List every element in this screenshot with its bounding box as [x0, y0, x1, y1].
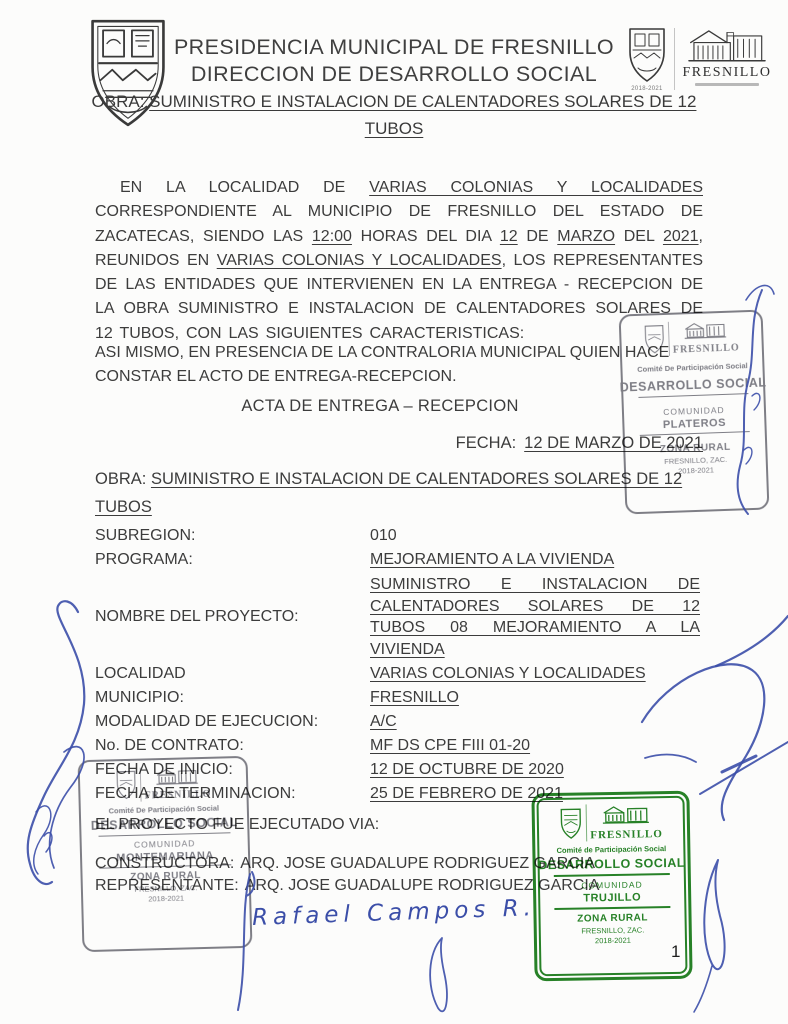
stamp-years: 2018-2021	[595, 936, 631, 946]
stamp-building-icon	[154, 766, 200, 785]
stamp-brand-name: FRESNILLO	[673, 342, 740, 355]
stamp-logos: FRESNILLO	[543, 803, 680, 842]
field-row-nombre-proyecto: NOMBRE DEL PROYECTO: SUMINISTRO E INSTAL…	[95, 574, 707, 660]
field-value-multiline: SUMINISTRO E INSTALACION DE CALENTADORES…	[370, 574, 700, 660]
fresnillo-brand-logo: FRESNILLO	[679, 26, 775, 86]
stamp-years: 2018-2021	[148, 894, 184, 904]
stamp-logos: FRESNILLO	[86, 765, 241, 803]
field-value: 12 DE OCTUBRE DE 2020	[370, 758, 707, 782]
acta-title: ACTA DE ENTREGA – RECEPCION	[95, 397, 665, 416]
stamp-logos: FRESNILLO	[627, 319, 756, 357]
stamp-comunidad-name: TRUJILLO	[583, 891, 641, 904]
stamp-committee: Comité de Participación Social	[556, 844, 666, 855]
stamp-desarrollo-social-montemariana: FRESNILLO Comité De Participación Social…	[78, 756, 253, 952]
stamp-comunidad-name: MONTEMARIANA	[116, 850, 214, 865]
stamp-shield-icon	[559, 807, 584, 839]
logo-divider	[674, 28, 675, 90]
field-label: LOCALIDAD	[95, 662, 370, 686]
stamp-city: FRESNILLO, ZAC.	[134, 883, 197, 894]
field-value: VARIAS COLONIAS Y LOCALIDADES	[370, 662, 707, 686]
page-number: 1	[671, 942, 680, 962]
stamp-zona: ZONA RURAL	[577, 912, 648, 924]
ayuntamiento-shield: 2018-2021	[624, 26, 670, 92]
field-label: MODALIDAD DE EJECUCION:	[95, 710, 370, 734]
project-name-line: SUMINISTRO E INSTALACION DE	[370, 574, 700, 596]
project-name-line: VIVIENDA	[370, 639, 700, 661]
project-name-line: CALENTADORES SOLARES DE 12	[370, 596, 700, 618]
stamp-brand-name: FRESNILLO	[144, 789, 211, 802]
field-label: PROGRAMA:	[95, 548, 370, 572]
stamp-department: DESARROLLO SOCIAL	[91, 815, 238, 833]
field-row-localidad: LOCALIDAD VARIAS COLONIAS Y LOCALIDADES	[95, 662, 707, 686]
stamp-desarrollo-social-trujillo: FRESNILLO Comité de Participación Social…	[531, 791, 692, 982]
field-label: NOMBRE DEL PROYECTO:	[95, 605, 370, 629]
field-value: 010	[370, 524, 707, 548]
fresnillo-building-icon	[684, 26, 770, 64]
stamp-building-icon	[682, 320, 729, 340]
stamp-comunidad-label: COMUNIDAD	[134, 838, 196, 850]
obra-body-label: OBRA:	[95, 470, 146, 488]
stamp-comunidad-name: PLATEROS	[663, 417, 726, 431]
stamp-comunidad-label: COMUNIDAD	[581, 879, 643, 890]
field-row-programa: PROGRAMA: MEJORAMIENTO A LA VIVIENDA	[95, 548, 707, 572]
field-row-contrato: No. DE CONTRATO: MF DS CPE FIII 01-20	[95, 734, 707, 758]
stamp-years: 2018-2021	[678, 465, 714, 475]
field-label: MUNICIPIO:	[95, 686, 370, 710]
scanned-document-page: PRESIDENCIA MUNICIPAL DE FRESNILLO DIREC…	[0, 0, 788, 1024]
stamp-city: FRESNILLO, ZAC.	[664, 455, 727, 466]
field-value: FRESNILLO	[370, 686, 707, 710]
stamp-department: DESARROLLO SOCIAL	[538, 856, 685, 873]
stamp-shield-icon	[115, 770, 138, 801]
stamp-desarrollo-social-plateros: FRESNILLO Comité De Participación Social…	[619, 310, 770, 515]
fecha-line: FECHA:12 DE MARZO DE 2021	[95, 434, 703, 453]
field-value: MEJORAMIENTO A LA VIVIENDA	[370, 548, 707, 572]
fecha-label: FECHA:	[456, 434, 517, 452]
obra-body-value-line1: SUMINISTRO E INSTALACION DE CALENTADORES…	[151, 470, 682, 488]
obra-header-value-line2: TUBOS	[365, 119, 424, 138]
stamp-zona: ZONA RURAL	[130, 870, 201, 883]
project-name-line: TUBOS 08 MEJORAMIENTO A LA	[370, 617, 700, 639]
stamp-department: DESARROLLO SOCIAL	[620, 375, 767, 394]
signature-left-vertical	[28, 601, 85, 884]
stamp-comunidad-label: COMUNIDAD	[663, 405, 725, 417]
stamp-zona: ZONA RURAL	[660, 442, 731, 455]
field-value: A/C	[370, 710, 707, 734]
stamp-city: FRESNILLO, ZAC.	[581, 925, 644, 935]
obra-header-value-line1: SUMINISTRO E INSTALACION DE CALENTADORES…	[149, 92, 696, 111]
field-row-modalidad: MODALIDAD DE EJECUCION: A/C	[95, 710, 707, 734]
field-value: MF DS CPE FIII 01-20	[370, 734, 707, 758]
paragraph-localidad: EN LA LOCALIDAD DE VARIAS COLONIAS Y LOC…	[95, 176, 703, 346]
field-label: No. DE CONTRATO:	[95, 734, 370, 758]
stamp-committee: Comité De Participación Social	[109, 804, 220, 816]
paragraph-contraloria: ASI MISMO, EN PRESENCIA DE LA CONTRALORI…	[95, 341, 703, 389]
stamp-building-icon	[601, 803, 651, 824]
fresnillo-brand-name: FRESNILLO	[679, 65, 775, 81]
stamp-brand-name: FRESNILLO	[590, 828, 663, 841]
stamp-shield-icon	[643, 324, 666, 355]
field-label: SUBREGION:	[95, 524, 370, 548]
ayuntamiento-shield-icon	[627, 26, 667, 84]
field-row-subregion: SUBREGION: 010	[95, 524, 707, 548]
field-row-municipio: MUNICIPIO: FRESNILLO	[95, 686, 707, 710]
brand-tagline-bar	[695, 83, 759, 86]
stamp-committee: Comité De Participación Social	[637, 361, 748, 374]
obra-header: OBRA: SUMINISTRO E INSTALACION DE CALENT…	[60, 88, 728, 142]
obra-body-value-line2: TUBOS	[95, 498, 152, 516]
obra-body-line: OBRA: SUMINISTRO E INSTALACION DE CALENT…	[95, 465, 707, 521]
handwritten-name: Rafael Campos R.	[252, 895, 537, 931]
obra-header-label: OBRA:	[92, 92, 145, 111]
